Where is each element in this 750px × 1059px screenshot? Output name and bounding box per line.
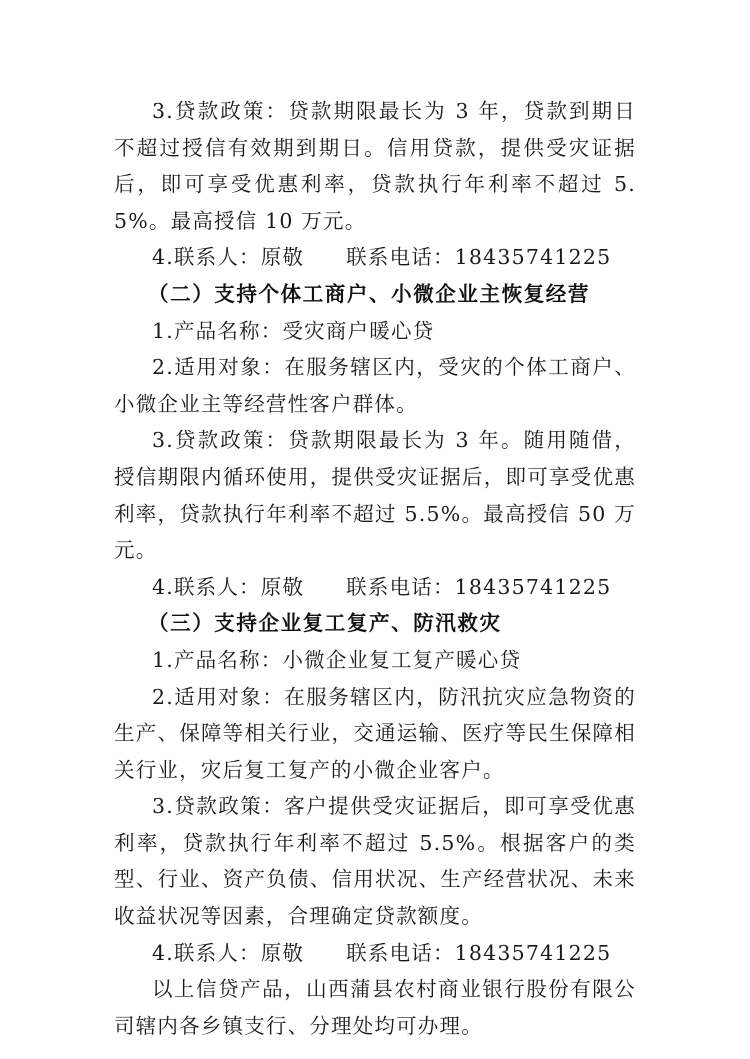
section1-loan-policy: 3.贷款政策：贷款期限最长为 3 年，贷款到期日不超过授信有效期到期日。信用贷款…	[114, 93, 636, 239]
section2-product-name: 1.产品名称：受灾商户暖心贷	[114, 313, 636, 350]
contact-phone: 联系电话：18435741225	[346, 245, 611, 269]
section1-contact: 4.联系人：原敬联系电话：18435741225	[114, 239, 636, 276]
document-page: 3.贷款政策：贷款期限最长为 3 年，贷款到期日不超过授信有效期到期日。信用贷款…	[114, 93, 636, 1044]
contact-phone: 联系电话：18435741225	[346, 941, 611, 965]
section2-contact: 4.联系人：原敬联系电话：18435741225	[114, 569, 636, 606]
contact-person: 4.联系人：原敬	[152, 575, 304, 599]
contact-person: 4.联系人：原敬	[152, 941, 304, 965]
contact-person: 4.联系人：原敬	[152, 245, 304, 269]
section3-loan-policy: 3.贷款政策：客户提供受灾证据后，即可享受优惠利率，贷款执行年利率不超过 5.5…	[114, 788, 636, 934]
closing-paragraph: 以上信贷产品，山西蒲县农村商业银行股份有限公司辖内各乡镇支行、分理处均可办理。	[114, 971, 636, 1044]
section3-product-name: 1.产品名称：小微企业复工复产暖心贷	[114, 642, 636, 679]
section2-loan-policy: 3.贷款政策：贷款期限最长为 3 年。随用随借，授信期限内循环使用，提供受灾证据…	[114, 422, 636, 568]
contact-phone: 联系电话：18435741225	[346, 575, 611, 599]
section2-heading: （二）支持个体工商户、小微企业主恢复经营	[114, 276, 636, 313]
section3-heading: （三）支持企业复工复产、防汛救灾	[114, 605, 636, 642]
section2-target: 2.适用对象：在服务辖区内，受灾的个体工商户、小微企业主等经营性客户群体。	[114, 349, 636, 422]
section3-target: 2.适用对象：在服务辖区内，防汛抗灾应急物资的生产、保障等相关行业，交通运输、医…	[114, 679, 636, 789]
section3-contact: 4.联系人：原敬联系电话：18435741225	[114, 935, 636, 972]
